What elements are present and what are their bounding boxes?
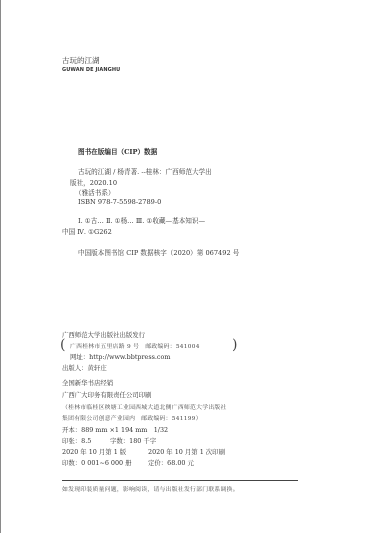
open-paren: (	[60, 337, 65, 353]
cip-line-3: （雅活书系）	[75, 187, 115, 197]
publisher-person: 出版人：黄轩庄	[62, 363, 107, 372]
close-paren: )	[232, 337, 237, 353]
cip-line-2: 版社，2020.10	[70, 177, 117, 187]
cip-heading: 图书在版编目（CIP）数据	[78, 146, 157, 156]
cip-classification-1: Ⅰ. ①古… Ⅱ. ①杨… Ⅲ. ①收藏—基本知识—	[78, 215, 205, 225]
spec-format: 开本：889 mm ×1 194 mm 1/32	[62, 425, 168, 434]
spec-print-run: 印数：0 001~6 000 册	[62, 458, 132, 467]
spec-printing: 2020 年 10 月第 1 次印刷	[148, 447, 225, 456]
divider-rule	[62, 480, 298, 481]
printer-address-1: （桂林市临桂区秧塘工业园西城大道北侧广西师范大学出版社	[62, 402, 227, 411]
book-title-pinyin: GUWAN DE JIANGHU	[62, 67, 120, 73]
cip-classification-2: 中国 Ⅳ. ①G262	[62, 226, 112, 236]
spec-sheets: 印张：8.5	[62, 436, 91, 445]
spec-word-count: 字数：180 千字	[110, 436, 156, 445]
publisher-distributor: 广西师范大学出版社出版发行	[62, 330, 145, 339]
quality-notice: 如发现印装质量问题，影响阅读，请与出版社发行部门联系调换。	[62, 484, 239, 493]
cip-isbn: ISBN 978-7-5598-2789-0	[78, 198, 161, 206]
publisher-address: 广西桂林市五里店路 9 号 邮政编码：541004	[70, 341, 200, 350]
retail-distributor: 全国新华书店经销	[62, 378, 113, 387]
spec-edition: 2020 年 10 月第 1 版	[62, 447, 126, 456]
printer-name: 广西广大印务有限责任公司印刷	[62, 390, 151, 399]
page-edge	[0, 0, 1, 533]
publisher-website: 网址：http://www.bbtpress.com	[70, 352, 170, 361]
book-title-cn: 古玩的江湖	[62, 55, 100, 66]
printer-address-2: 集团有限公司创意产业园内 邮政编码：541199）	[62, 413, 202, 422]
spec-price: 定价：68.00 元	[148, 458, 194, 467]
cip-verification: 中国版本图书馆 CIP 数据核字（2020）第 067492 号	[78, 247, 239, 257]
cip-line-1: 古玩的江湖 / 杨青著. --桂林：广西师范大学出	[78, 166, 212, 176]
